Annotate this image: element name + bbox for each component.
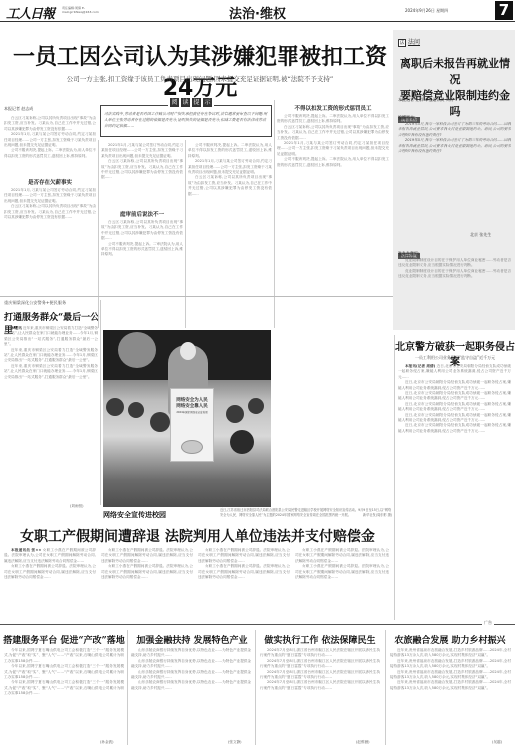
photo-student bbox=[248, 398, 264, 414]
second-body-column-3: 女职工小燕在产假期间被公司辞退。法院审理认为,公司在女职工产假期间解除劳动合同,… bbox=[198, 548, 290, 620]
column-rule bbox=[127, 630, 128, 745]
photo-tree-drawing bbox=[118, 332, 156, 368]
photo-student bbox=[106, 398, 124, 416]
ad-headline-3[interactable]: 做实执行工作 依法保障民生 bbox=[258, 633, 382, 646]
lead-byline: 本报记者 赵志成 bbox=[4, 106, 33, 112]
ad-headline-1[interactable]: 搭建服务平台 促进“产改”落地 bbox=[2, 633, 126, 646]
sidebar-byline: 本报记者 王群 本报通讯员 周婷 bbox=[398, 97, 454, 103]
ad-credit-1: (孙金波) bbox=[100, 740, 114, 745]
column-rule bbox=[394, 335, 395, 620]
lead-body-column-2: 2021年1月,刁某与某公司签订劳动合同,约定刁某担任项目经理……公司一方主张,… bbox=[101, 143, 183, 199]
law-icon: 法 bbox=[398, 39, 406, 47]
photo-caption-text: 近日,江苏省宿迁市泗阳县司法局联合泗阳县公安局民警走进辖区学校开展网络安全知识宣… bbox=[220, 508, 392, 517]
column-rule bbox=[255, 630, 256, 745]
photo-student bbox=[230, 430, 254, 454]
ad-body-3: 2024年7月至8月,浙江省台州市椒江区人民法院在辖区开展以涉民生执行案件为重点… bbox=[260, 648, 380, 740]
ad-credit-4: (吴越) bbox=[492, 740, 502, 745]
lead-subhead: 公司一方主张,扣工资缘于该员工负责项目出现问题,因未提交充足证据证明,被“法院不… bbox=[10, 74, 390, 83]
lead-body-column-3: 公司不服该判决,提起上诉。二审法院认为,用人单位不得以扣发工资的形式惩罚员工,遂… bbox=[188, 143, 272, 328]
sidebar-tag: 法法问 bbox=[398, 37, 420, 47]
second-headline[interactable]: 女职工产假期间遭辞退 法院判用人单位违法并支付赔偿金 bbox=[0, 526, 395, 546]
photo-student bbox=[226, 405, 244, 423]
answer-salutation: 张先生您好: bbox=[398, 251, 420, 257]
lead-headline[interactable]: 一员工因公司认为其涉嫌犯罪被扣工资24万元 bbox=[10, 40, 390, 102]
lead-body-column-2b: 白云区刁某诉称,公司以其所负责项目出现“事故”为由扣发工资,应当补发。刁某认为,… bbox=[101, 220, 183, 328]
reader-signature: 北京 张先生 bbox=[470, 232, 491, 238]
right-body: 本报讯(记者 周倩) 近日,北京市公安局朝阳分局经侦支队成功侦破一起职务侵占案,… bbox=[398, 364, 511, 620]
page-number: 7 bbox=[495, 1, 513, 20]
reading-tip-text: 司法实践中,劳动者是否对因工作致公司财产损失承担责任存在争议时,法官通常要审查以… bbox=[104, 111, 269, 129]
lead-subtitle-2: 庭审前后说法不一 bbox=[101, 210, 183, 218]
photo-student bbox=[150, 412, 170, 432]
column-rule bbox=[100, 300, 101, 505]
poster-text: 网络安全为人民 网络安全靠人民 2024年国家网络安全宣传周 bbox=[172, 398, 212, 416]
ad-divider bbox=[0, 624, 515, 625]
reading-tip-label: 阅 读 提 示 bbox=[168, 98, 214, 108]
reader-letter-text: 2019年5月,我与一家科技公司签订了为期三年的劳动合同……因我未报告再就业情况… bbox=[398, 122, 511, 230]
ad-body-4: 近年来,贵州省福泉市农旅融合发展,打造乡村旅游品牌……2024年,全村接待游客1… bbox=[390, 648, 511, 740]
ad-label: 广告 bbox=[482, 620, 494, 626]
issue-date: 2024年9月26日 星期四 bbox=[405, 8, 448, 14]
column-rule bbox=[98, 140, 99, 328]
section-rule bbox=[0, 296, 393, 297]
answer-text: 竞业限制制度设计目的在于保护用人单位商业秘密……劳动者是否违反竞业限制义务,应当… bbox=[398, 258, 511, 328]
ad-body-1: 今年以来,国网宁夏石嘴山供电公司工会积极打造“三个一”服务发展模式,为促“产改”… bbox=[4, 648, 124, 740]
second-body-column-4: 女职工小燕在产假期间被公司辞退。法院审理认为,公司在女职工产假期间解除劳动合同,… bbox=[295, 548, 389, 620]
column-rule bbox=[385, 630, 386, 745]
second-body-column-2: 女职工小燕在产假期间被公司辞退。法院审理认为,公司在女职工产假期间解除劳动合同,… bbox=[101, 548, 193, 620]
brief-kicker: 重庆铜梁深化公安警务+便民服务 bbox=[4, 300, 98, 306]
lead-body-column-1b: 2021年1月,刁某与某公司签订劳动合同,约定刁某担任项目经理……公司一方主张,… bbox=[4, 188, 96, 292]
ad-body-2: 山东乐陵农商银行持续发挥自身优势,以特色农业……为特色产业提供金融支持,助力乡村… bbox=[131, 648, 251, 740]
brief-body: 本报讯 近年来,重庆市铜梁区公安局着力打造“全域警务服务站”,让人民群众在家门口… bbox=[4, 326, 98, 506]
brief-credit: (刘雨恒) bbox=[70, 504, 84, 509]
ad-credit-3: (赵维薇) bbox=[356, 740, 370, 745]
poster-graphic bbox=[181, 440, 203, 454]
photo-officer-face bbox=[180, 342, 196, 360]
ad-credit-2: (张文静) bbox=[228, 740, 242, 745]
column-rule bbox=[185, 140, 186, 328]
photo-student bbox=[128, 402, 144, 418]
lead-subtitle-1: 是否存在欠薪事实 bbox=[4, 178, 96, 186]
reader-salutation: 编辑同志: bbox=[398, 115, 416, 121]
ad-headline-2[interactable]: 加强金融扶持 发展特色产业 bbox=[130, 633, 254, 646]
lead-subtitle-3: 不得以扣发工资的形式惩罚员工 bbox=[277, 104, 389, 112]
photo-caption-title: 网络安全宣传进校园 bbox=[103, 510, 166, 520]
right-subhead: 一员工利用公司业务漏洞“监守自盗”近千万元 bbox=[395, 355, 515, 361]
second-body-column-1: 本报通讯员 张×× 女职工小燕在产假期间被公司辞退。法院审理认为,公司在女职工产… bbox=[4, 548, 96, 620]
column-rule bbox=[274, 100, 275, 328]
ad-headline-4[interactable]: 农旅融合发展 助力乡村振兴 bbox=[388, 633, 512, 646]
